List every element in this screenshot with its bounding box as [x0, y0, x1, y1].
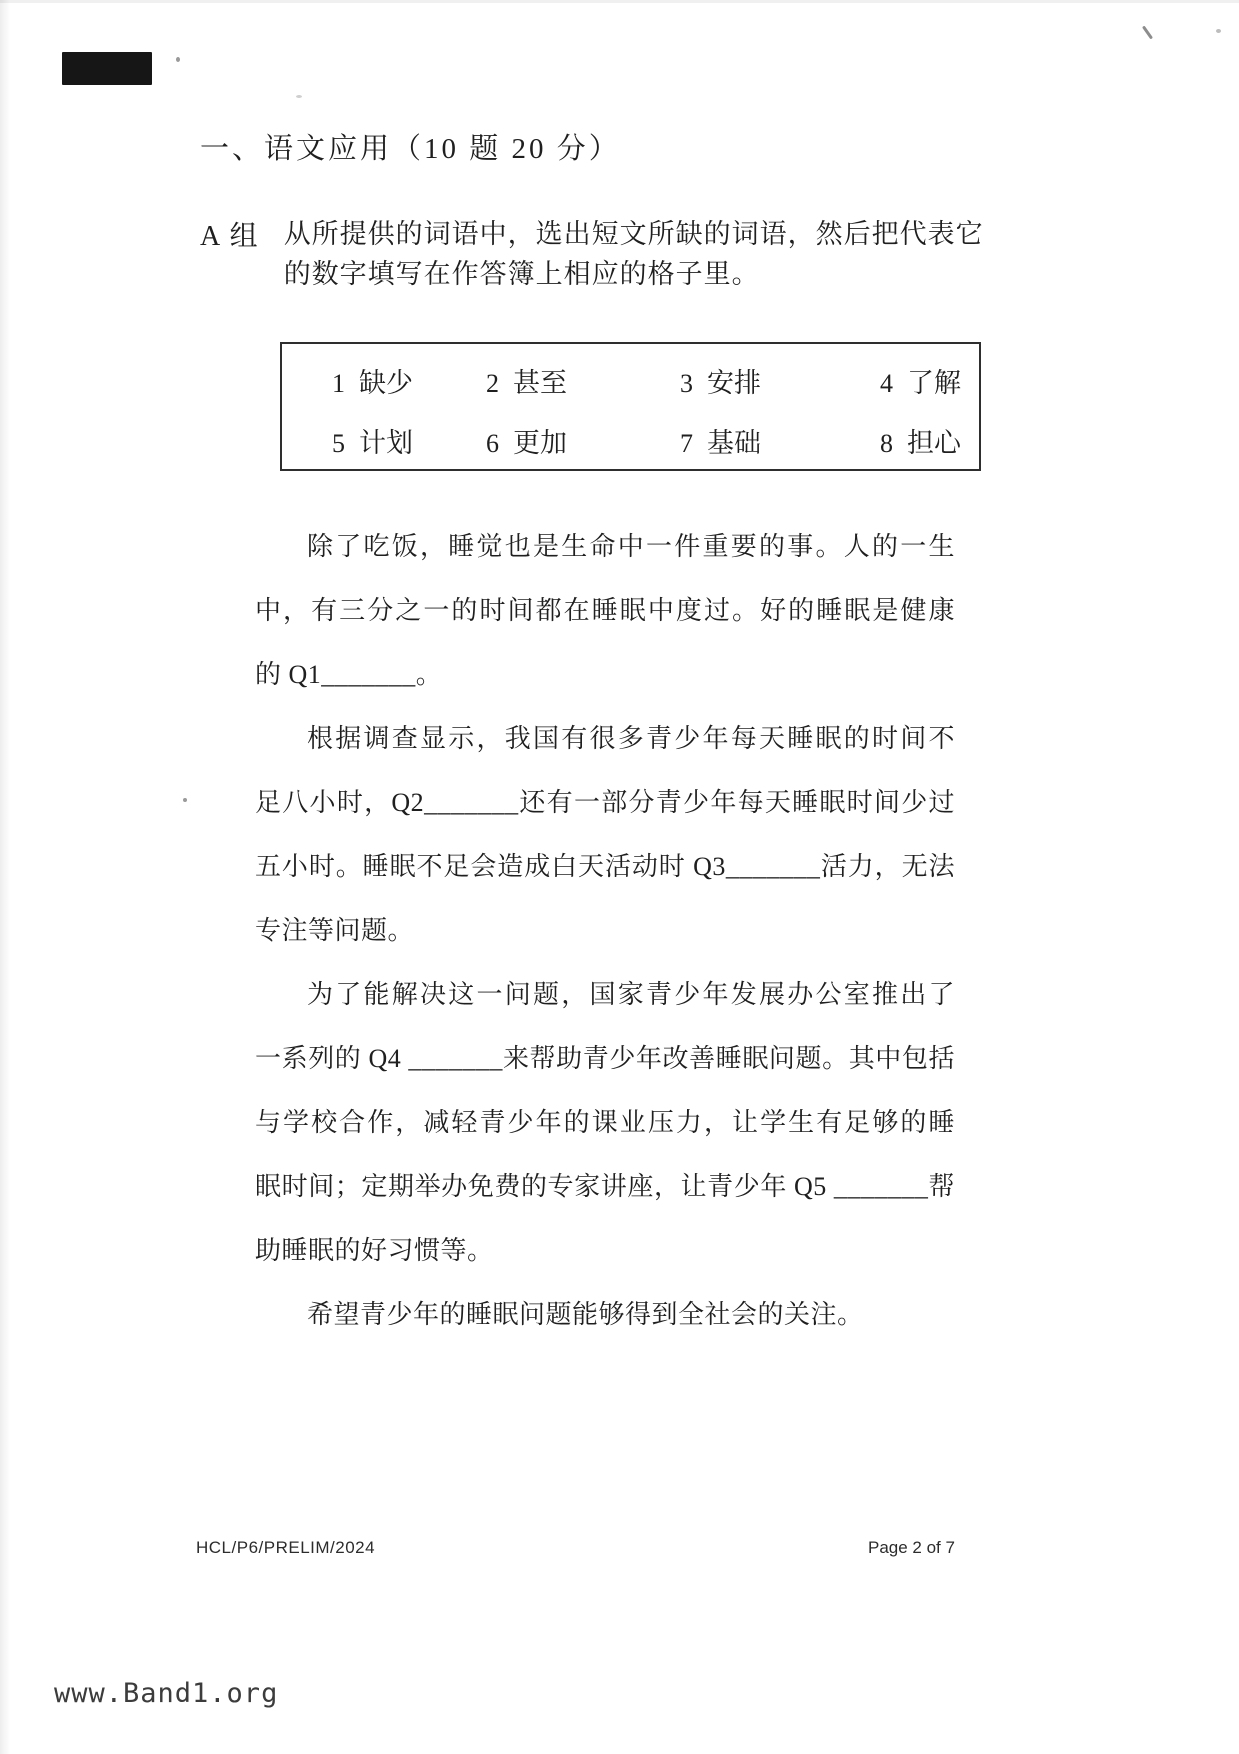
footer-document-code: HCL/P6/PRELIM/2024: [196, 1538, 375, 1558]
word-label: 缺少: [359, 361, 413, 400]
instructions-text: 从所提供的词语中，选出短文所缺的词语，然后把代表它 的数字填写在作答簿上相应的格…: [284, 214, 976, 294]
scan-pen-mark: [1142, 25, 1153, 39]
passage-line-with-blank-q1: 的 Q1_______。: [255, 643, 955, 707]
section-title: 一、语文应用（10 题 20 分）: [200, 126, 621, 167]
word-bank-item: 1 缺少: [332, 361, 413, 400]
passage-line: 为了能解决这一问题，国家青少年发展办公室推出了: [255, 963, 955, 1027]
scan-edge-shadow-top: [0, 0, 1239, 3]
word-bank-item: 5 计划: [332, 421, 413, 460]
watermark-url: www.Band1.org: [54, 1678, 278, 1709]
passage-line: 除了吃饭，睡觉也是生命中一件重要的事。人的一生: [255, 515, 955, 579]
part-a-label: A 组: [200, 214, 260, 254]
word-number: 2: [486, 369, 499, 399]
instruction-line: 的数字填写在作答簿上相应的格子里。: [284, 254, 976, 294]
word-label: 更加: [513, 421, 567, 460]
word-label: 甚至: [513, 361, 567, 400]
scan-speck: [176, 57, 180, 62]
word-label: 安排: [707, 361, 761, 400]
word-number: 8: [880, 429, 893, 459]
word-label: 计划: [359, 421, 413, 460]
part-a-instructions-block: A 组 从所提供的词语中，选出短文所缺的词语，然后把代表它 的数字填写在作答簿上…: [200, 214, 960, 294]
word-bank-item: 4 了解: [880, 361, 961, 400]
passage-line: 助睡眠的好习惯等。: [255, 1219, 955, 1283]
word-number: 3: [680, 369, 693, 399]
scan-speck: [183, 798, 187, 802]
word-bank-table: 1 缺少 2 甚至 3 安排 4 了解 5 计划 6 更加 7 基础 8 担心: [280, 342, 981, 471]
word-number: 6: [486, 429, 499, 459]
passage-line-with-blank-q4: 一系列的 Q4 _______来帮助青少年改善睡眠问题。其中包括: [255, 1027, 955, 1091]
word-number: 7: [680, 429, 693, 459]
scan-speck: [296, 95, 302, 98]
passage-line: 中，有三分之一的时间都在睡眠中度过。好的睡眠是健康: [255, 579, 955, 643]
passage-line: 与学校合作，减轻青少年的课业压力，让学生有足够的睡: [255, 1091, 955, 1155]
word-bank-item: 2 甚至: [486, 361, 567, 400]
passage-line-with-blank-q5: 眠时间；定期举办免费的专家讲座，让青少年 Q5 _______帮: [255, 1155, 955, 1219]
passage-line-with-blank-q3: 五小时。睡眠不足会造成白天活动时 Q3_______活力，无法: [255, 835, 955, 899]
word-bank-item: 6 更加: [486, 421, 567, 460]
redaction-box: [62, 52, 152, 85]
footer-page-number: Page 2 of 7: [868, 1538, 955, 1558]
word-number: 4: [880, 369, 893, 399]
cloze-passage: 除了吃饭，睡觉也是生命中一件重要的事。人的一生 中，有三分之一的时间都在睡眠中度…: [255, 515, 955, 1347]
passage-line: 希望青少年的睡眠问题能够得到全社会的关注。: [255, 1283, 955, 1347]
word-bank-item: 3 安排: [680, 361, 761, 400]
word-label: 了解: [907, 361, 961, 400]
scan-speck: [1216, 29, 1221, 33]
passage-line: 根据调查显示，我国有很多青少年每天睡眠的时间不: [255, 707, 955, 771]
word-label: 担心: [907, 421, 961, 460]
word-bank-item: 7 基础: [680, 421, 761, 460]
instruction-line: 从所提供的词语中，选出短文所缺的词语，然后把代表它: [284, 214, 976, 254]
exam-paper-page: 一、语文应用（10 题 20 分） A 组 从所提供的词语中，选出短文所缺的词语…: [0, 0, 1239, 1754]
word-number: 1: [332, 369, 345, 399]
word-number: 5: [332, 429, 345, 459]
word-bank-item: 8 担心: [880, 421, 961, 460]
passage-line-with-blank-q2: 足八小时，Q2_______还有一部分青少年每天睡眠时间少过: [255, 771, 955, 835]
word-label: 基础: [707, 421, 761, 460]
scan-edge-shadow: [0, 0, 10, 1754]
passage-line: 专注等问题。: [255, 899, 955, 963]
